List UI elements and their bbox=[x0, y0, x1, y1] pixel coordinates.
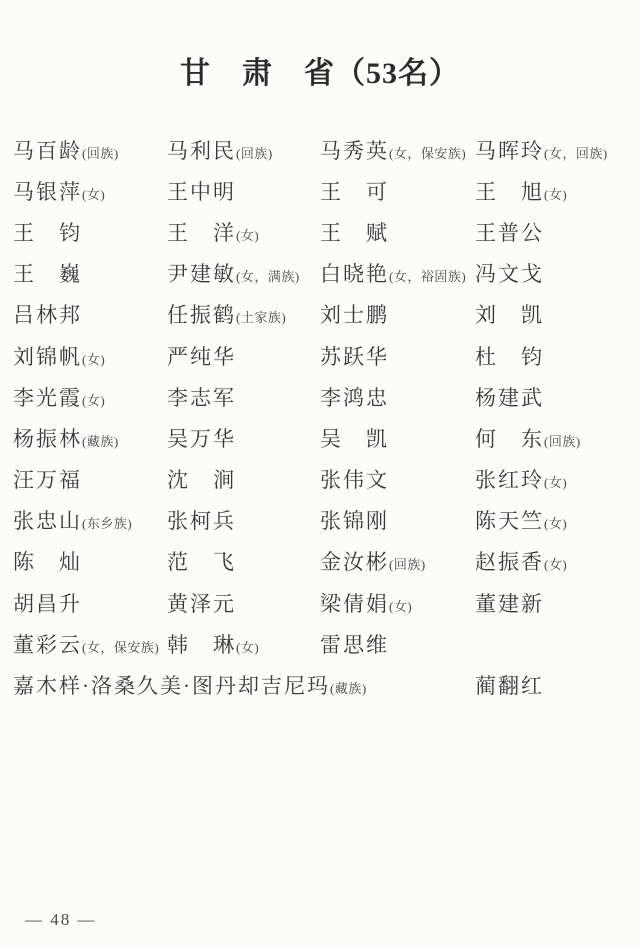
delegate-cell: 雷思维 bbox=[320, 629, 475, 659]
delegate-row: 杨振林(藏族) 吴万华 吴 凯 何 东(回族) bbox=[13, 417, 632, 458]
delegate-note: (女) bbox=[236, 640, 259, 655]
delegate-name: 马晖玲 bbox=[475, 139, 544, 163]
delegate-row: 嘉木样·洛桑久美·图丹却吉尼玛(藏族) 蔺翻红 bbox=[13, 664, 632, 705]
delegate-cell: 沈 涧 bbox=[167, 464, 320, 494]
delegate-note: (土家族) bbox=[236, 310, 286, 325]
delegate-name: 苏跃华 bbox=[320, 345, 389, 369]
delegate-row: 马百龄(回族) 马利民(回族) 马秀英(女，保安族) 马晖玲(女，回族) bbox=[13, 129, 632, 170]
delegate-list: 马百龄(回族) 马利民(回族) 马秀英(女，保安族) 马晖玲(女，回族) 马银萍… bbox=[13, 129, 632, 706]
delegate-name: 马银萍 bbox=[13, 180, 82, 204]
delegate-cell: 王 赋 bbox=[320, 217, 475, 247]
delegate-name: 黄泽元 bbox=[167, 592, 236, 616]
delegate-name: 严纯华 bbox=[167, 345, 236, 369]
delegate-cell: 梁倩娟(女) bbox=[320, 588, 475, 618]
delegate-name: 杨振林 bbox=[13, 427, 82, 451]
delegate-note: (女) bbox=[236, 228, 259, 243]
delegate-name: 任振鹤 bbox=[167, 303, 236, 327]
delegate-name: 吕林邦 bbox=[13, 303, 82, 327]
delegate-cell: 马秀英(女，保安族) bbox=[320, 135, 475, 165]
delegate-note: (女，回族) bbox=[544, 146, 608, 161]
delegate-name: 马利民 bbox=[167, 139, 236, 163]
delegate-row: 李光霞(女) 李志军 李鸿忠 杨建武 bbox=[13, 376, 632, 417]
delegate-name: 张红玲 bbox=[475, 468, 544, 492]
delegate-cell: 王 旭(女) bbox=[475, 176, 632, 206]
delegate-name: 刘士鹏 bbox=[320, 303, 389, 327]
delegate-name: 张锦刚 bbox=[320, 509, 389, 533]
delegate-note: (回族) bbox=[389, 557, 426, 572]
delegate-cell: 李光霞(女) bbox=[13, 382, 167, 412]
delegate-name: 白晓艳 bbox=[320, 262, 389, 286]
delegate-name: 董建新 bbox=[475, 592, 544, 616]
delegate-row: 张忠山(东乡族) 张柯兵 张锦刚 陈天竺(女) bbox=[13, 500, 632, 541]
delegate-name: 梁倩娟 bbox=[320, 592, 389, 616]
delegate-cell: 范 飞 bbox=[167, 546, 320, 576]
delegate-name: 嘉木样·洛桑久美·图丹却吉尼玛 bbox=[13, 674, 330, 698]
delegate-cell: 刘锦帆(女) bbox=[13, 341, 167, 371]
delegate-cell: 陈天竺(女) bbox=[475, 505, 632, 535]
delegate-row: 王 钧 王 洋(女) 王 赋 王普公 bbox=[13, 211, 632, 252]
delegate-note: (女，保安族) bbox=[82, 640, 159, 655]
delegate-note: (女，裕固族) bbox=[389, 269, 466, 284]
delegate-name: 蔺翻红 bbox=[475, 674, 544, 698]
delegate-name: 沈 涧 bbox=[167, 468, 236, 492]
delegate-note: (女) bbox=[544, 557, 567, 572]
delegate-note: (藏族) bbox=[82, 434, 119, 449]
delegate-row: 刘锦帆(女) 严纯华 苏跃华 杜 钧 bbox=[13, 335, 632, 376]
delegate-cell: 王 洋(女) bbox=[167, 217, 320, 247]
delegate-name: 汪万福 bbox=[13, 468, 82, 492]
delegate-name: 张忠山 bbox=[13, 509, 82, 533]
delegate-name: 杜 钧 bbox=[475, 345, 544, 369]
delegate-name: 赵振香 bbox=[475, 550, 544, 574]
delegate-row: 董彩云(女，保安族) 韩 琳(女) 雷思维 bbox=[13, 623, 632, 664]
delegate-name: 尹建敏 bbox=[167, 262, 236, 286]
delegate-name: 王 旭 bbox=[475, 180, 544, 204]
delegate-name: 吴万华 bbox=[167, 427, 236, 451]
delegate-name: 马秀英 bbox=[320, 139, 389, 163]
delegate-cell: 张红玲(女) bbox=[475, 464, 632, 494]
delegate-cell: 胡昌升 bbox=[13, 588, 167, 618]
delegate-name: 王普公 bbox=[475, 221, 544, 245]
delegate-cell: 马百龄(回族) bbox=[13, 135, 167, 165]
delegate-name: 李光霞 bbox=[13, 386, 82, 410]
document-page: 甘 肃 省（53名） 马百龄(回族) 马利民(回族) 马秀英(女，保安族) 马晖… bbox=[0, 0, 640, 947]
delegate-name: 雷思维 bbox=[320, 633, 389, 657]
delegate-cell: 严纯华 bbox=[167, 341, 320, 371]
delegate-cell: 赵振香(女) bbox=[475, 546, 632, 576]
delegate-cell: 白晓艳(女，裕固族) bbox=[320, 258, 475, 288]
delegate-name: 李鸿忠 bbox=[320, 386, 389, 410]
delegate-name: 吴 凯 bbox=[320, 427, 389, 451]
page-number: — 48 — bbox=[25, 908, 97, 932]
delegate-name: 王 巍 bbox=[13, 262, 82, 286]
delegate-cell: 张伟文 bbox=[320, 464, 475, 494]
delegate-note: (回族) bbox=[82, 146, 119, 161]
delegate-name: 王 赋 bbox=[320, 221, 389, 245]
delegate-name: 何 东 bbox=[475, 427, 544, 451]
delegate-note: (女) bbox=[82, 187, 105, 202]
delegate-name: 马百龄 bbox=[13, 139, 82, 163]
delegate-name: 陈天竺 bbox=[475, 509, 544, 533]
delegate-cell: 马银萍(女) bbox=[13, 176, 167, 206]
delegate-note: (女) bbox=[82, 352, 105, 367]
delegate-cell: 杨振林(藏族) bbox=[13, 423, 167, 453]
delegate-note: (回族) bbox=[236, 146, 273, 161]
delegate-cell: 董建新 bbox=[475, 588, 632, 618]
delegate-name: 陈 灿 bbox=[13, 550, 82, 574]
delegate-note: (回族) bbox=[544, 434, 581, 449]
delegate-cell: 杜 钧 bbox=[475, 341, 632, 371]
delegate-name: 杨建武 bbox=[475, 386, 544, 410]
delegate-note: (女，满族) bbox=[236, 269, 300, 284]
delegate-name: 刘 凯 bbox=[475, 303, 544, 327]
delegate-name: 张柯兵 bbox=[167, 509, 236, 533]
delegate-cell: 刘 凯 bbox=[475, 299, 632, 329]
delegate-cell: 张忠山(东乡族) bbox=[13, 505, 167, 535]
delegate-cell: 韩 琳(女) bbox=[167, 629, 320, 659]
delegate-row: 汪万福 沈 涧 张伟文 张红玲(女) bbox=[13, 459, 632, 500]
delegate-name: 李志军 bbox=[167, 386, 236, 410]
delegate-cell: 任振鹤(土家族) bbox=[167, 299, 320, 329]
delegate-note: (女) bbox=[544, 187, 567, 202]
delegate-cell: 何 东(回族) bbox=[475, 423, 632, 453]
delegate-row: 陈 灿 范 飞 金汝彬(回族) 赵振香(女) bbox=[13, 541, 632, 582]
delegate-name: 金汝彬 bbox=[320, 550, 389, 574]
delegate-cell: 吴万华 bbox=[167, 423, 320, 453]
delegate-row: 王 巍 尹建敏(女，满族) 白晓艳(女，裕固族) 冯文戈 bbox=[13, 253, 632, 294]
delegate-cell: 汪万福 bbox=[13, 464, 167, 494]
delegate-name: 胡昌升 bbox=[13, 592, 82, 616]
delegate-note: (女) bbox=[82, 393, 105, 408]
delegate-cell: 吴 凯 bbox=[320, 423, 475, 453]
delegate-note: (藏族) bbox=[330, 681, 367, 696]
delegate-name: 王 可 bbox=[320, 180, 389, 204]
delegate-row: 马银萍(女) 王中明 王 可 王 旭(女) bbox=[13, 170, 632, 211]
delegate-note: (女，保安族) bbox=[389, 146, 466, 161]
delegate-cell: 李鸿忠 bbox=[320, 382, 475, 412]
delegate-cell: 李志军 bbox=[167, 382, 320, 412]
delegate-cell: 吕林邦 bbox=[13, 299, 167, 329]
delegate-row: 吕林邦 任振鹤(土家族) 刘士鹏 刘 凯 bbox=[13, 294, 632, 335]
delegate-cell: 金汝彬(回族) bbox=[320, 546, 475, 576]
delegate-cell: 马晖玲(女，回族) bbox=[475, 135, 632, 165]
delegate-row: 胡昌升 黄泽元 梁倩娟(女) 董建新 bbox=[13, 582, 632, 623]
delegate-name: 韩 琳 bbox=[167, 633, 236, 657]
delegate-cell: 王 巍 bbox=[13, 258, 167, 288]
delegate-name: 王 洋 bbox=[167, 221, 236, 245]
delegate-cell: 尹建敏(女，满族) bbox=[167, 258, 320, 288]
delegate-cell: 张柯兵 bbox=[167, 505, 320, 535]
delegate-cell: 董彩云(女，保安族) bbox=[13, 629, 167, 659]
delegate-cell: 苏跃华 bbox=[320, 341, 475, 371]
page-title: 甘 肃 省（53名） bbox=[0, 48, 640, 92]
delegate-cell: 王 钧 bbox=[13, 217, 167, 247]
delegate-name: 张伟文 bbox=[320, 468, 389, 492]
delegate-name: 董彩云 bbox=[13, 633, 82, 657]
delegate-note: (女) bbox=[544, 475, 567, 490]
delegate-note: (女) bbox=[389, 599, 412, 614]
delegate-cell: 张锦刚 bbox=[320, 505, 475, 535]
delegate-name: 王中明 bbox=[167, 180, 236, 204]
delegate-name: 王 钧 bbox=[13, 221, 82, 245]
delegate-cell: 杨建武 bbox=[475, 382, 632, 412]
delegate-name: 刘锦帆 bbox=[13, 345, 82, 369]
delegate-note: (女) bbox=[544, 516, 567, 531]
delegate-cell: 黄泽元 bbox=[167, 588, 320, 618]
delegate-cell: 王 可 bbox=[320, 176, 475, 206]
delegate-cell: 陈 灿 bbox=[13, 546, 167, 576]
delegate-cell: 刘士鹏 bbox=[320, 299, 475, 329]
delegate-cell: 王中明 bbox=[167, 176, 320, 206]
delegate-note: (东乡族) bbox=[82, 516, 132, 531]
delegate-cell: 马利民(回族) bbox=[167, 135, 320, 165]
delegate-name: 范 飞 bbox=[167, 550, 236, 574]
delegate-cell: 王普公 bbox=[475, 217, 632, 247]
delegate-name: 冯文戈 bbox=[475, 262, 544, 286]
delegate-cell-long-name: 嘉木样·洛桑久美·图丹却吉尼玛(藏族) bbox=[13, 670, 475, 700]
delegate-cell: 蔺翻红 bbox=[475, 670, 632, 700]
delegate-cell: 冯文戈 bbox=[475, 258, 632, 288]
